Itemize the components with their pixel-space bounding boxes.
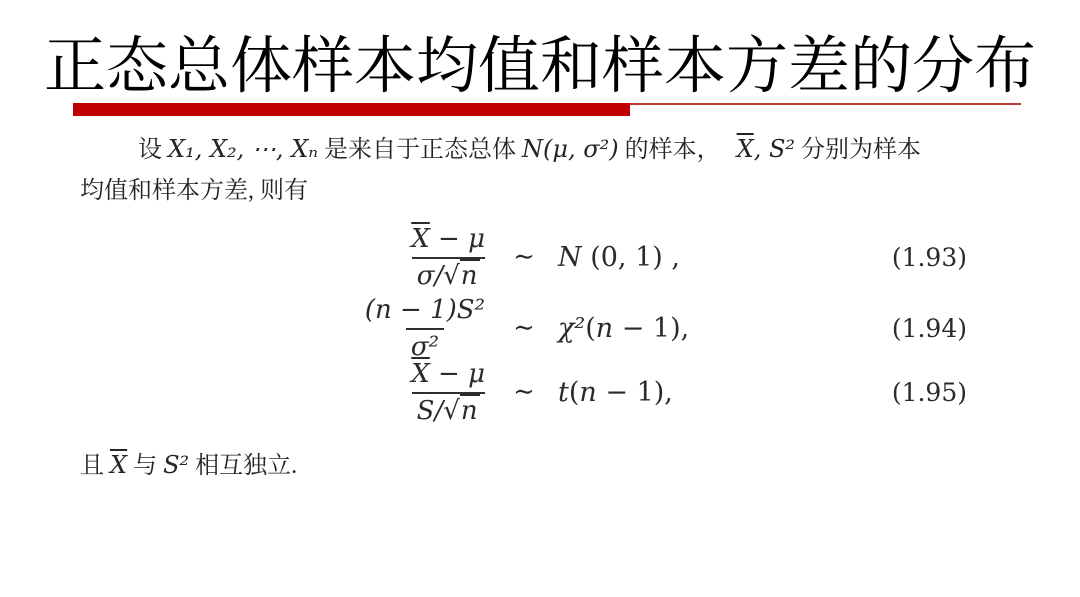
- equation-rhs: N (0, 1) ,: [558, 242, 892, 273]
- paragraph-line-2: 均值和样本方差, 则有: [80, 176, 308, 207]
- slide-title: 正态总体样本均值和样本方差的分布: [0, 16, 1080, 105]
- fraction: X − μ σ/√n: [406, 224, 490, 291]
- radical-sign: √: [443, 396, 460, 426]
- cjk-text: 设: [138, 137, 168, 163]
- equation-row-1-95: X − μ S/√n ∼ t(n − 1), (1.95): [0, 359, 967, 425]
- math-xbar: X, S²: [737, 135, 795, 163]
- equation-number: (1.93): [892, 243, 967, 272]
- equation-lhs: X − μ σ/√n: [0, 224, 490, 291]
- equation-rhs: t(n − 1),: [558, 377, 892, 408]
- equation-rhs: χ²(n − 1),: [558, 313, 892, 344]
- title-underline-thick-bar: [73, 103, 630, 116]
- equation-row-1-94: (n − 1)S² σ² ∼ χ²(n − 1), (1.94): [0, 297, 967, 359]
- math-sample-sequence: X₁, X₂, ⋯, Xₙ: [168, 135, 318, 163]
- fraction-numerator: X − μ: [406, 224, 490, 257]
- fraction-numerator: (n − 1)S²: [360, 295, 490, 328]
- fraction: X − μ S/√n: [406, 359, 490, 426]
- independence-statement: 且 X 与 S² 相互独立.: [80, 450, 297, 482]
- tilde-operator: ∼: [490, 242, 558, 272]
- cjk-text: 与: [127, 453, 163, 479]
- cjk-text: 相互独立.: [189, 453, 297, 479]
- fraction-denominator: σ²: [406, 328, 444, 362]
- radical-sign: √: [443, 261, 460, 291]
- cjk-text: 的样本，: [619, 137, 721, 163]
- cjk-text: 分别为样本: [795, 137, 921, 163]
- math-s-squared: S²: [163, 451, 189, 479]
- tilde-operator: ∼: [490, 313, 558, 343]
- cjk-text: 是来自于正态总体: [318, 137, 522, 163]
- math-xbar: X: [110, 451, 127, 479]
- paragraph-line-1: 设 X₁, X₂, ⋯, Xₙ 是来自于正态总体 N(μ, σ²) 的样本，X,…: [138, 134, 921, 166]
- cjk-text: 且: [80, 453, 110, 479]
- equation-lhs: X − μ S/√n: [0, 359, 490, 426]
- fraction: (n − 1)S² σ²: [360, 295, 490, 362]
- tilde-operator: ∼: [490, 377, 558, 407]
- equation-number: (1.94): [892, 314, 967, 343]
- equation-lhs: (n − 1)S² σ²: [0, 295, 490, 362]
- equation-number: (1.95): [892, 378, 967, 407]
- math-normal-population: N(μ, σ²): [522, 135, 619, 163]
- slide: 正态总体样本均值和样本方差的分布 设 X₁, X₂, ⋯, Xₙ 是来自于正态总…: [0, 0, 1080, 597]
- equation-row-1-93: X − μ σ/√n ∼ N (0, 1) , (1.93): [0, 224, 967, 290]
- fraction-numerator: X − μ: [406, 359, 490, 392]
- fraction-denominator: S/√n: [412, 392, 485, 426]
- fraction-denominator: σ/√n: [412, 257, 485, 291]
